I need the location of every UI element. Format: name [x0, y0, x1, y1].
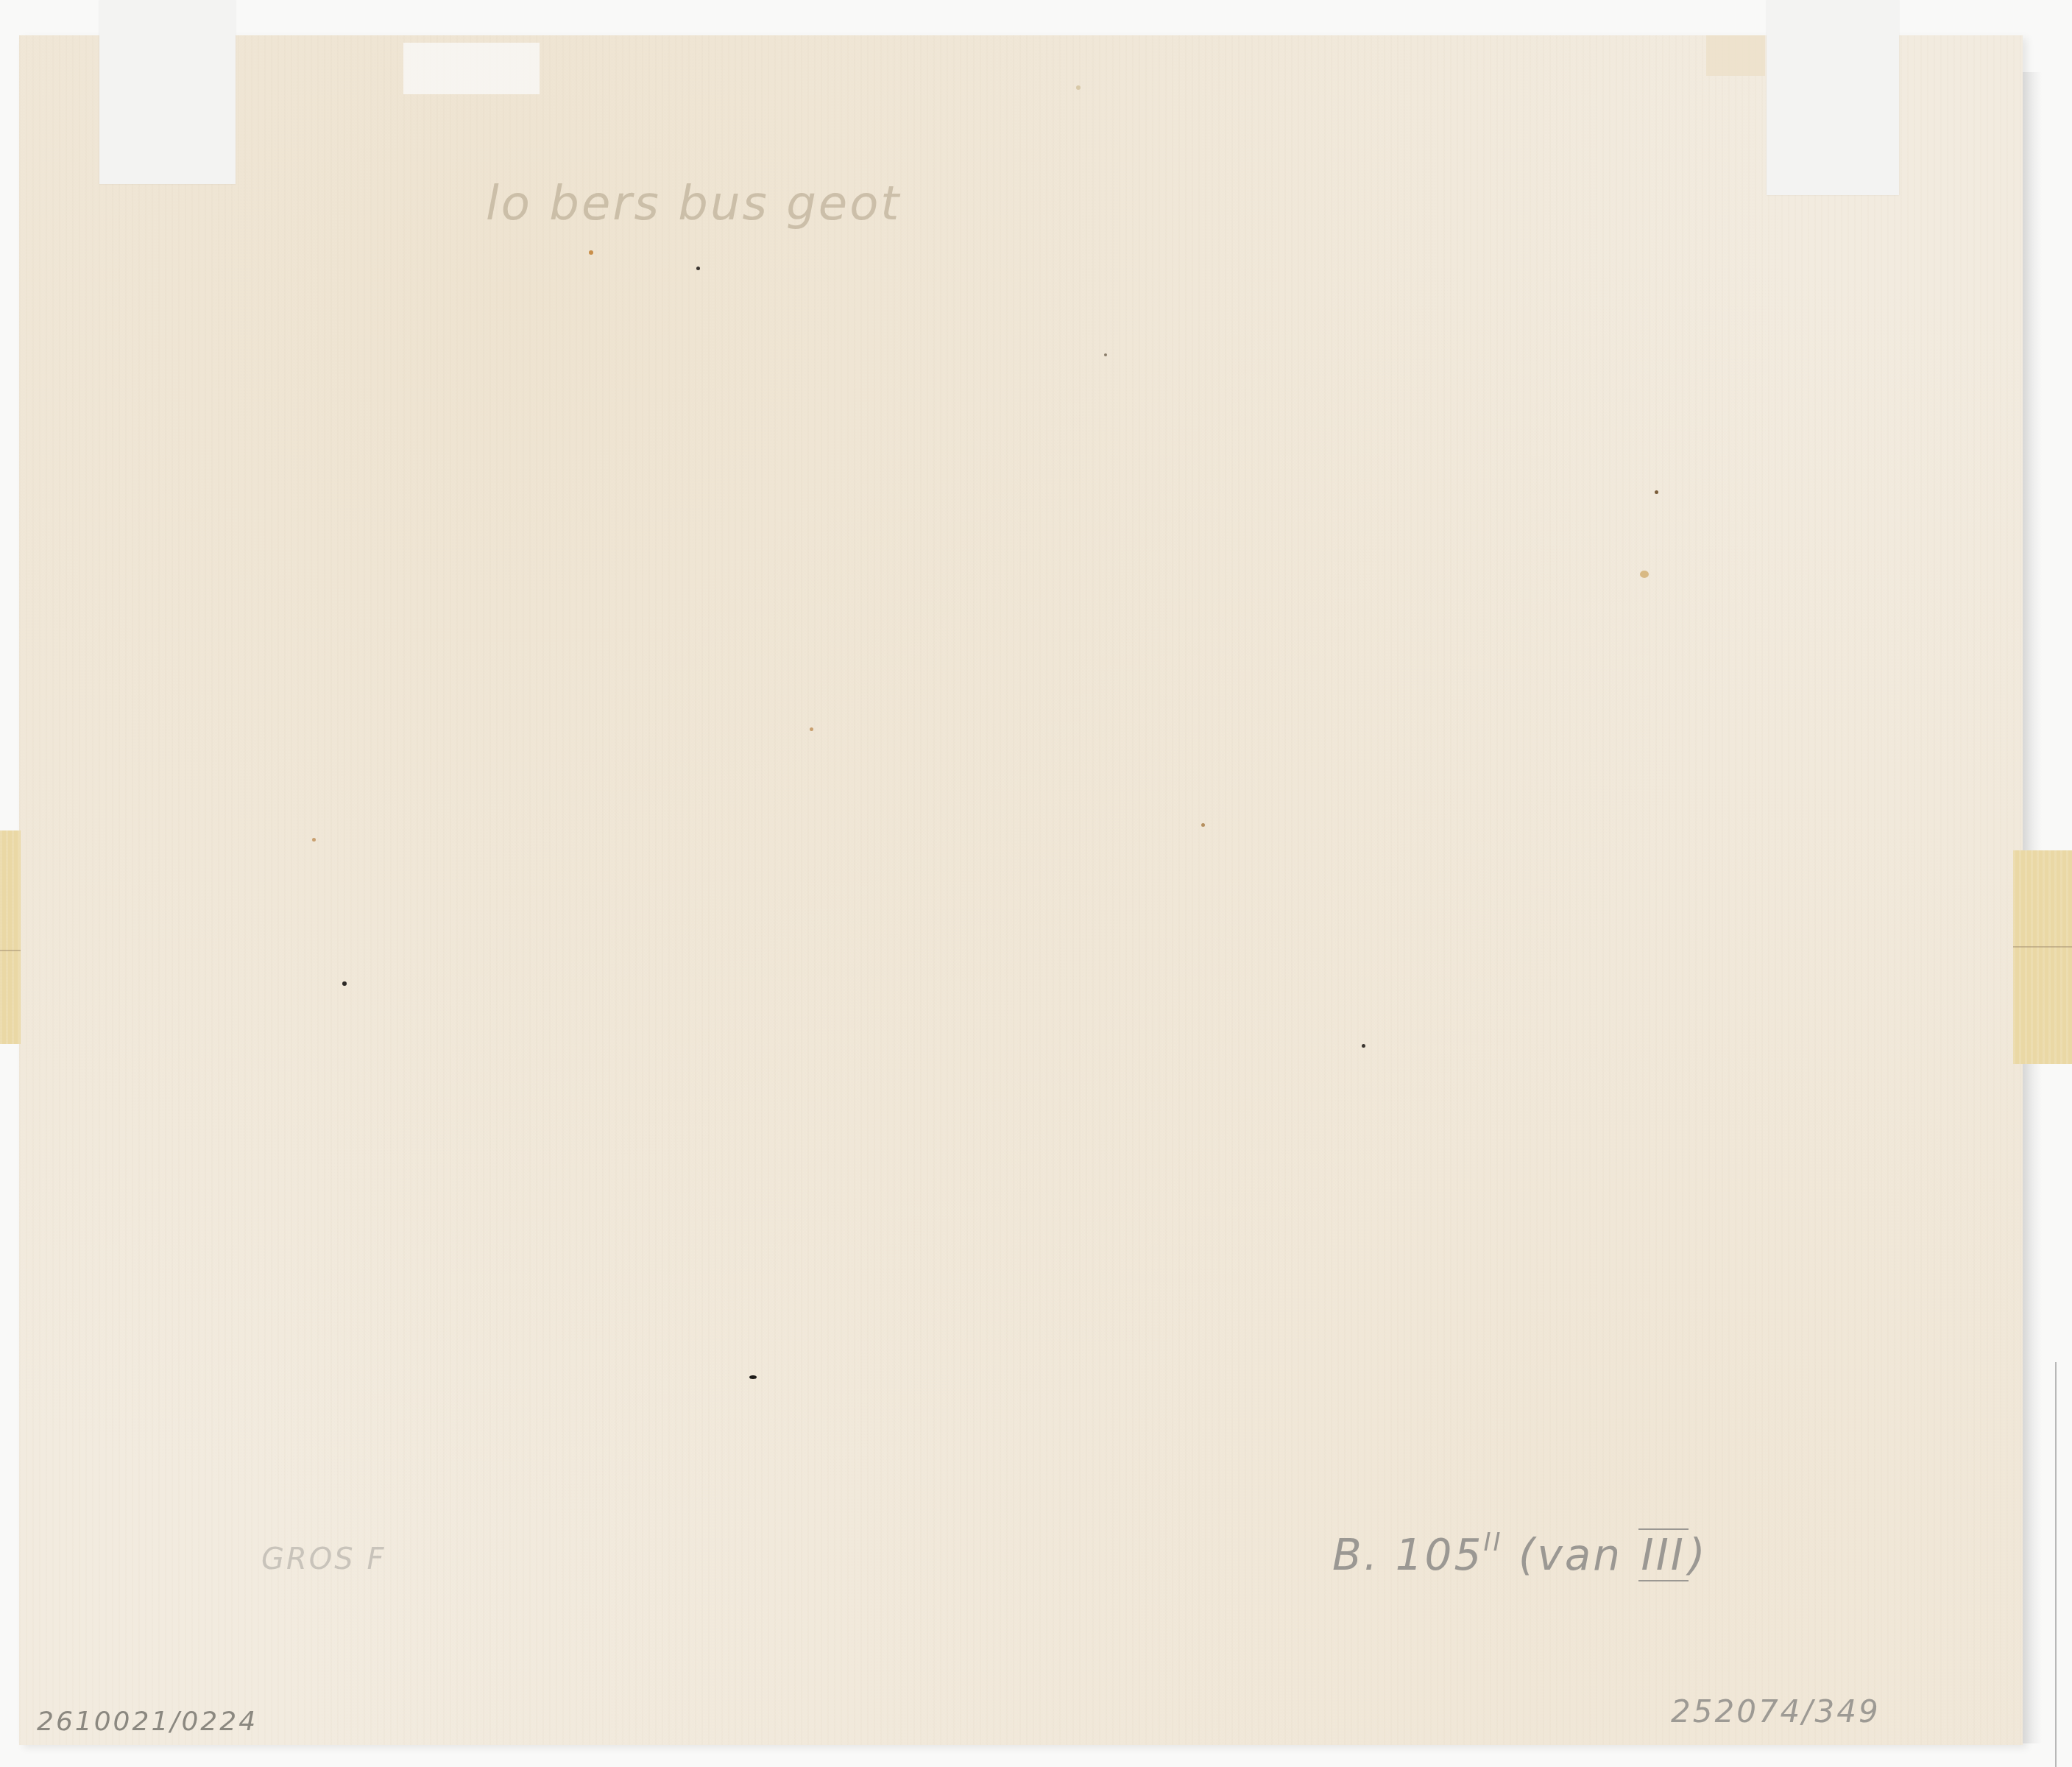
paper-speck: [749, 1375, 757, 1379]
hinge-crease: [2013, 946, 2072, 948]
inventory-number-left: 2610021/0224: [37, 1707, 258, 1737]
paper-speck: [312, 838, 316, 842]
paper-speck: [1201, 823, 1205, 827]
paper-speck: [589, 250, 593, 255]
inventory-number-right: 252074/349: [1671, 1693, 1881, 1729]
left-tape: [99, 0, 236, 184]
right-hinge: [2013, 850, 2072, 1064]
faint-top-inscription: lo bers bus geot: [486, 177, 901, 231]
paper-sheet: [19, 35, 2023, 1745]
paper-speck: [1362, 1044, 1365, 1048]
catalog-state: II: [1483, 1528, 1502, 1557]
right-tape: [1767, 0, 1899, 195]
paper-speck: [1104, 353, 1107, 356]
tape-residue: [403, 43, 540, 94]
catalog-of-state: III: [1638, 1528, 1689, 1581]
catalog-reference-inscription: B. 105II (van III): [1332, 1528, 1708, 1580]
catalog-prefix: B. 105: [1332, 1530, 1483, 1580]
left-hinge: [0, 830, 21, 1044]
paper-speck: [342, 981, 347, 986]
paper-speck: [696, 267, 700, 270]
catalog-of-text: (van: [1518, 1530, 1622, 1580]
tape-residue: [1706, 35, 1765, 76]
hinge-crease: [0, 950, 21, 951]
paper-speck: [1640, 571, 1649, 578]
catalog-close: ): [1689, 1530, 1708, 1580]
faint-bottom-inscription: GROS F: [261, 1542, 386, 1576]
paper-speck: [1655, 490, 1658, 494]
paper-speck: [1076, 85, 1081, 90]
mount-edge-line: [2055, 1362, 2057, 1767]
paper-speck: [810, 727, 813, 731]
